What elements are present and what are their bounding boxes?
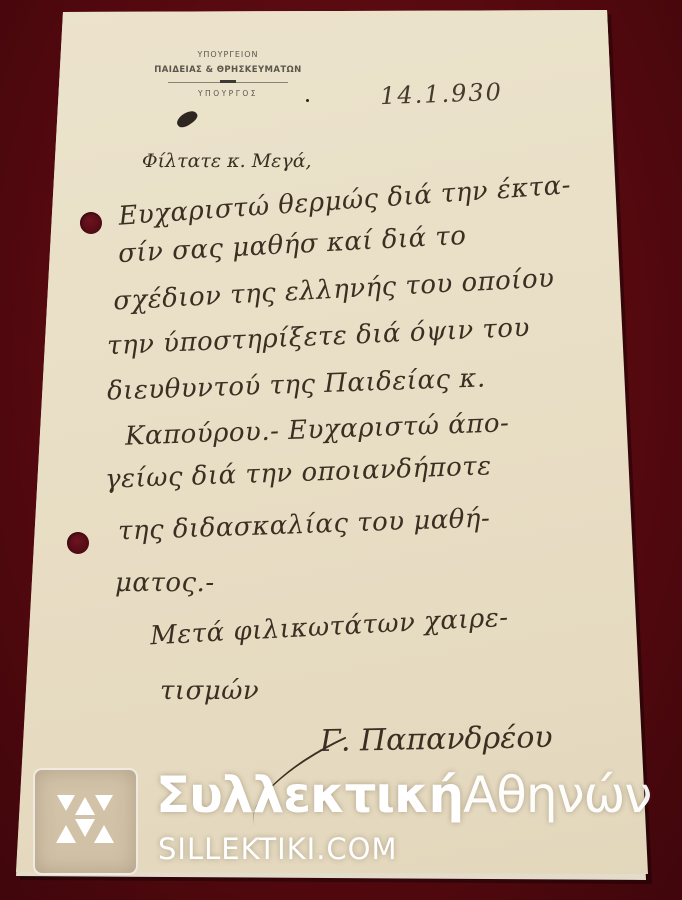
letter-line: Καπούρου.- Ευχαριστώ άπο- bbox=[125, 408, 510, 451]
punch-hole-top bbox=[80, 212, 102, 234]
letterhead-ministry: ΥΠΟΥΡΓΕΙΟΝ bbox=[148, 50, 308, 60]
letter-line: γείως διά την οποιανδήποτε bbox=[105, 451, 492, 494]
letter-line: την ύποστηρίξετε διά όψιν του bbox=[107, 313, 531, 361]
watermark-logo-badge bbox=[33, 768, 138, 875]
letter-paper: ΥΠΟΥΡΓΕΙΟΝ ΠΑΙΔΕΙΑΣ & ΘΡΗΣΚΕΥΜΑΤΩΝ ΥΠΟΥΡ… bbox=[0, 0, 682, 900]
letter-date: 14.1.930 bbox=[380, 78, 504, 110]
watermark-url: SILLEKTIKI.COM bbox=[158, 832, 398, 866]
letter-line: ματος.- bbox=[115, 568, 215, 598]
letter-line: Ευχαριστώ θερμώς διά την έκτα- bbox=[118, 170, 572, 232]
letterhead-title: ΥΠΟΥΡΓΟΣ bbox=[148, 89, 308, 99]
letterhead: ΥΠΟΥΡΓΕΙΟΝ ΠΑΙΔΕΙΑΣ & ΘΡΗΣΚΕΥΜΑΤΩΝ ΥΠΟΥΡ… bbox=[148, 50, 308, 99]
letter-closing: Μετά φιλικωτάτων χαιρε- bbox=[149, 603, 509, 652]
letter-line: σχέδιον της ελληνής του οποίου bbox=[113, 263, 556, 316]
watermark-brand-light: Αθηνών bbox=[463, 766, 651, 824]
letter-line: της διδασκαλίας του μαθή- bbox=[118, 504, 491, 547]
letter-salutation: Φίλτατε κ. Μεγά, bbox=[142, 150, 312, 172]
letterhead-department: ΠΑΙΔΕΙΑΣ & ΘΡΗΣΚΕΥΜΑΤΩΝ bbox=[128, 64, 328, 76]
ink-dot bbox=[306, 99, 309, 102]
letter-line: διευθυντού της Παιδείας κ. bbox=[107, 363, 487, 406]
watermark-brand-bold: Συλλεκτική bbox=[156, 766, 463, 824]
punch-hole-bottom bbox=[67, 532, 89, 554]
watermark-brand: ΣυλλεκτικήΑθηνών bbox=[156, 766, 651, 824]
letterhead-divider bbox=[148, 79, 308, 85]
letter-closing: τισμών bbox=[160, 676, 259, 706]
triangles-hexagram-icon bbox=[55, 793, 115, 847]
letter-signature: Γ. Παπανδρέου bbox=[320, 720, 553, 759]
ink-blot bbox=[175, 108, 200, 130]
